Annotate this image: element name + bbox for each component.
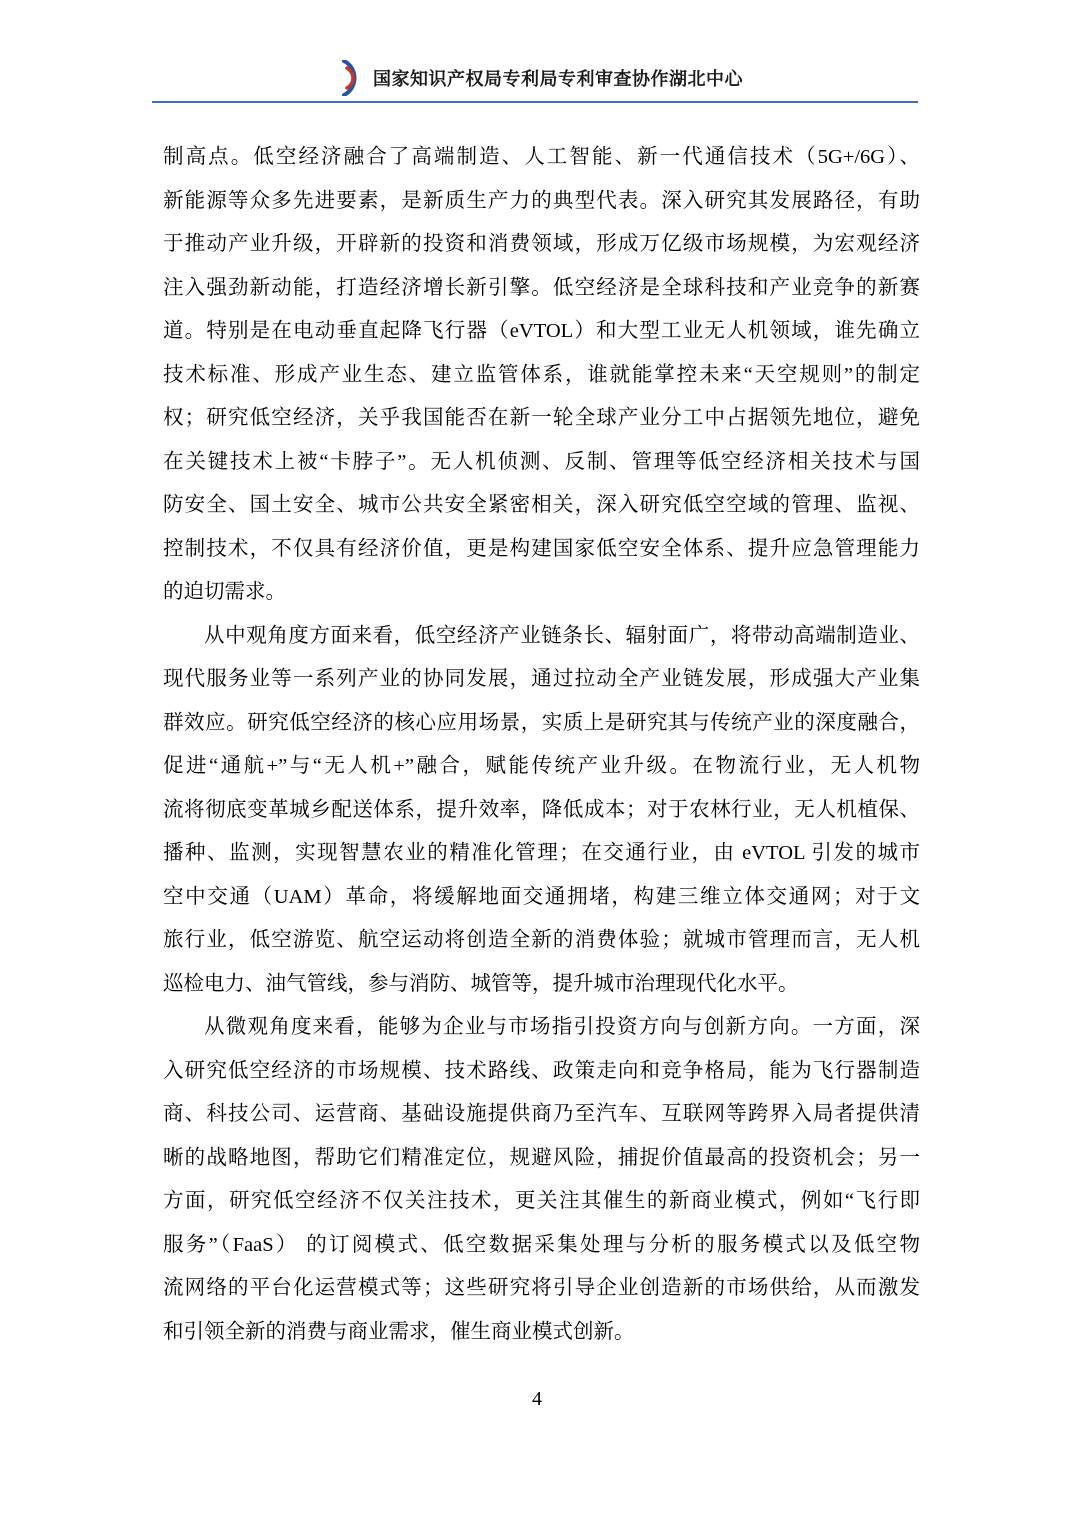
text-line: 权；研究低空经济，关乎我国能否在新一轮全球产业分工中占据领先地位，避免 <box>163 397 920 441</box>
text-line: 从中观角度方面来看，低空经济产业链条长、辐射面广，将带动高端制造业、 <box>163 615 920 659</box>
text-line: 流网络的平台化运营模式等；这些研究将引导企业创造新的市场供给，从而激发 <box>163 1267 920 1311</box>
text-line: 从微观角度来看，能够为企业与市场指引投资方向与创新方向。一方面，深 <box>163 1006 920 1050</box>
text-line: 技术标准、形成产业生态、建立监管体系，谁就能掌控未来“天空规则”的制定 <box>163 354 920 398</box>
paragraph: 制高点。低空经济融合了高端制造、人工智能、新一代通信技术（5G+/6G）、新能源… <box>163 136 920 615</box>
header-brand: 国家知识产权局专利局专利审查协作湖北中心 <box>338 58 743 98</box>
text-line: 道。特别是在电动垂直起降飞行器（eVTOL）和大型工业无人机领域，谁先确立 <box>163 310 920 354</box>
page-number: 4 <box>0 1388 1074 1411</box>
text-line: 制高点。低空经济融合了高端制造、人工智能、新一代通信技术（5G+/6G）、 <box>163 136 920 180</box>
text-line: 防安全、国土安全、城市公共安全紧密相关，深入研究低空空域的管理、监视、 <box>163 484 920 528</box>
text-line: 入研究低空经济的市场规模、技术路线、政策走向和竞争格局，能为飞行器制造 <box>163 1050 920 1094</box>
text-line: 现代服务业等一系列产业的协同发展，通过拉动全产业链发展，形成强大产业集 <box>163 658 920 702</box>
text-line: 和引领全新的消费与商业需求，催生商业模式创新。 <box>163 1311 920 1355</box>
paragraph: 从中观角度方面来看，低空经济产业链条长、辐射面广，将带动高端制造业、现代服务业等… <box>163 615 920 1007</box>
text-line: 晰的战略地图，帮助它们精准定位，规避风险，捕捉价值最高的投资机会；另一 <box>163 1137 920 1181</box>
header-rule <box>152 101 918 103</box>
text-line: 播种、监测，实现智慧农业的精准化管理；在交通行业，由 eVTOL 引发的城市 <box>163 832 920 876</box>
text-line: 流将彻底变革城乡配送体系，提升效率，降低成本；对于农林行业，无人机植保、 <box>163 789 920 833</box>
text-line: 在关键技术上被“卡脖子”。无人机侦测、反制、管理等低空经济相关技术与国 <box>163 441 920 485</box>
text-line: 促进“通航+”与“无人机+”融合，赋能传统产业升级。在物流行业，无人机物 <box>163 745 920 789</box>
org-title: 国家知识产权局专利局专利审查协作湖北中心 <box>373 65 743 91</box>
text-line: 新能源等众多先进要素，是新质生产力的典型代表。深入研究其发展路径，有助 <box>163 180 920 224</box>
text-line: 群效应。研究低空经济的核心应用场景，实质上是研究其与传统产业的深度融合， <box>163 702 920 746</box>
text-line: 方面，研究低空经济不仅关注技术，更关注其催生的新商业模式，例如“飞行即 <box>163 1180 920 1224</box>
text-line: 于推动产业升级，开辟新的投资和消费领域，形成万亿级市场规模，为宏观经济 <box>163 223 920 267</box>
text-line: 注入强劲新动能，打造经济增长新引擎。低空经济是全球科技和产业竞争的新赛 <box>163 267 920 311</box>
paragraph: 从微观角度来看，能够为企业与市场指引投资方向与创新方向。一方面，深入研究低空经济… <box>163 1006 920 1354</box>
document-page: 国家知识产权局专利局专利审查协作湖北中心 制高点。低空经济融合了高端制造、人工智… <box>0 0 1074 1520</box>
text-line: 控制技术，不仅具有经济价值，更是构建国家低空安全体系、提升应急管理能力 <box>163 528 920 572</box>
text-line: 空中交通（UAM）革命，将缓解地面交通拥堵，构建三维立体交通网；对于文 <box>163 876 920 920</box>
text-line: 旅行业，低空游览、航空运动将创造全新的消费体验；就城市管理而言，无人机 <box>163 919 920 963</box>
text-line: 巡检电力、油气管线，参与消防、城管等，提升城市治理现代化水平。 <box>163 963 920 1007</box>
page-header: 国家知识产权局专利局专利审查协作湖北中心 <box>152 58 918 104</box>
org-logo-icon <box>338 60 364 96</box>
text-line: 的迫切需求。 <box>163 571 920 615</box>
text-line: 服务”（FaaS） 的订阅模式、低空数据采集处理与分析的服务模式以及低空物 <box>163 1224 920 1268</box>
text-line: 商、科技公司、运营商、基础设施提供商乃至汽车、互联网等跨界入局者提供清 <box>163 1093 920 1137</box>
document-body: 制高点。低空经济融合了高端制造、人工智能、新一代通信技术（5G+/6G）、新能源… <box>163 136 920 1354</box>
